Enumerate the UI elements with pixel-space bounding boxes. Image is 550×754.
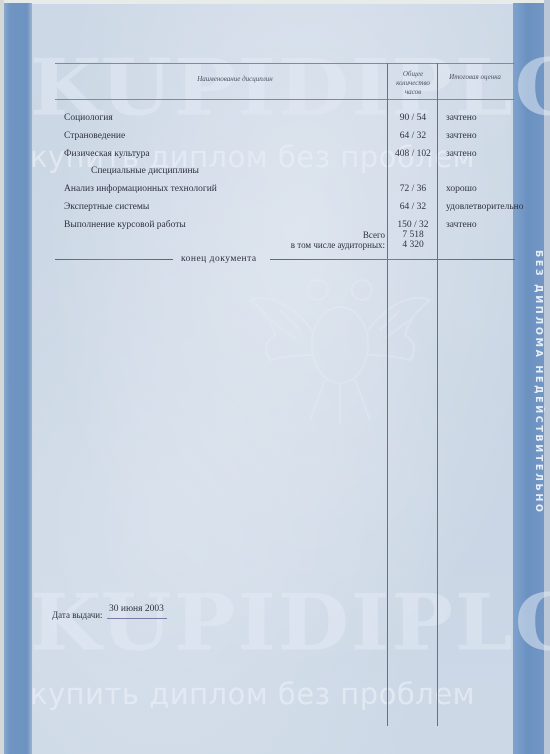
end-of-document: конец документа xyxy=(181,254,257,264)
page-top-edge xyxy=(0,0,550,4)
discipline-name: Выполнение курсовой работы xyxy=(64,220,186,230)
discipline-hours: 64 / 32 xyxy=(378,202,448,212)
state-emblem-icon xyxy=(240,260,440,430)
classroom-value: 4 320 xyxy=(378,240,448,250)
header-discipline: Наименование дисциплин xyxy=(120,75,350,84)
issue-date-value: 30 июня 2003 xyxy=(109,604,164,614)
discipline-name: Физическая культура xyxy=(64,149,150,159)
discipline-hours: 72 / 36 xyxy=(378,184,448,194)
left-blue-band xyxy=(0,3,32,754)
end-rule-left xyxy=(55,259,173,260)
section-heading: Специальные дисциплины xyxy=(91,166,199,176)
discipline-name: Экспертные системы xyxy=(64,202,149,212)
discipline-grade: удовлетворительно xyxy=(446,202,523,212)
discipline-name: Социология xyxy=(64,113,113,123)
discipline-hours: 150 / 32 xyxy=(378,220,448,230)
left-paper-edge xyxy=(0,0,4,754)
column-divider-hours xyxy=(387,63,388,726)
discipline-hours: 90 / 54 xyxy=(378,113,448,123)
discipline-name: Анализ информационных технологий xyxy=(64,184,217,194)
discipline-grade: хорошо xyxy=(446,184,477,194)
discipline-grade: зачтено xyxy=(446,131,477,141)
watermark-slogan-bottom: купить диплом без проблем xyxy=(30,677,475,711)
discipline-name: Страноведение xyxy=(64,131,125,141)
header-grade: Итоговая оценка xyxy=(445,73,505,82)
discipline-hours: 64 / 32 xyxy=(378,131,448,141)
watermark-brand-bottom: KUPIDIPLOM xyxy=(30,577,550,668)
discipline-grade: зачтено xyxy=(446,113,477,123)
end-rule-right xyxy=(270,259,515,260)
header-hours: Общее количество часов xyxy=(391,70,435,97)
side-validity-note: БЕЗ ДИПЛОМА НЕДЕЙСТВИТЕЛЬНО xyxy=(533,250,544,515)
discipline-hours: 408 / 102 xyxy=(378,149,448,159)
total-label: Всего xyxy=(185,230,385,240)
table-top-rule xyxy=(55,63,515,64)
issue-date-label: Дата выдачи: xyxy=(52,610,103,620)
total-value: 7 518 xyxy=(378,230,448,240)
diploma-supplement-page: KUPIDIPLOM купить диплом без проблем KUP… xyxy=(0,0,550,754)
discipline-grade: зачтено xyxy=(446,149,477,159)
table-header-rule xyxy=(55,99,515,100)
issue-date-underline xyxy=(107,618,167,619)
column-divider-grade xyxy=(437,63,438,726)
discipline-grade: зачтено xyxy=(446,220,477,230)
classroom-label: в том числе аудиторных: xyxy=(185,240,385,250)
